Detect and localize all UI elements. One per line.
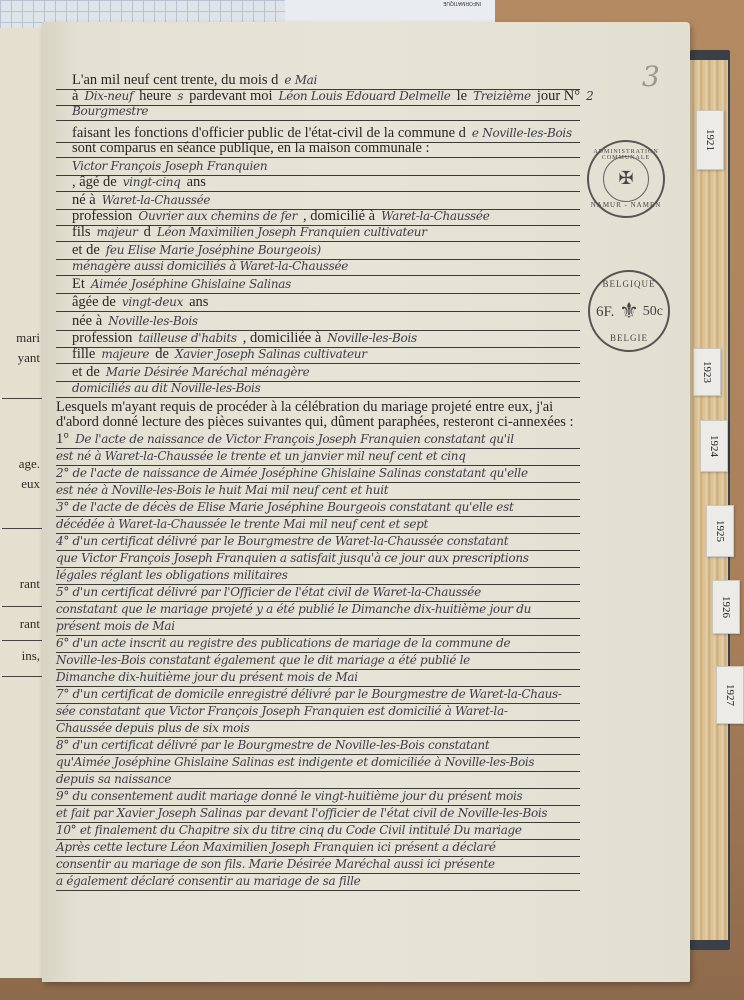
handwritten-entry: Léon Maximilien Joseph Franquien cultiva… bbox=[157, 225, 427, 239]
handwritten-entry: Aimée Joséphine Ghislaine Salinas bbox=[91, 277, 291, 291]
printed-form-text: pardevant moi bbox=[189, 88, 272, 104]
record-line: 10° et finalement du Chapitre six du tit… bbox=[56, 822, 690, 839]
left-rule bbox=[2, 528, 42, 529]
year-tab-1924[interactable]: 1924 bbox=[700, 420, 728, 472]
handwritten-entry: s bbox=[177, 89, 183, 103]
handwritten-entry: présent mois de Mai bbox=[56, 619, 175, 633]
handwritten-entry: 7° d'un certificat de domicile enregistr… bbox=[56, 687, 562, 701]
record-line: consentir au mariage de son fils. Marie … bbox=[56, 856, 690, 873]
printed-form-text: faisant les fonctions d'officier public … bbox=[72, 125, 466, 141]
record-line: 5° d'un certificat délivré par l'Officie… bbox=[56, 584, 690, 601]
printed-form-text: jour N° bbox=[537, 88, 580, 104]
record-line: Noville-les-Bois constatant également qu… bbox=[56, 652, 690, 669]
handwritten-entry: Chaussée depuis plus de six mois bbox=[56, 721, 250, 735]
record-line: , âgé devingt-cinqans bbox=[72, 174, 690, 191]
handwritten-entry: consentir au mariage de son fils. Marie … bbox=[56, 857, 495, 871]
printed-form-text: 1° bbox=[56, 431, 69, 447]
printed-form-text: fils bbox=[72, 224, 91, 240]
handwritten-entry: Victor François Joseph Franquien bbox=[72, 159, 267, 173]
record-line: 9° du consentement audit mariage donné l… bbox=[56, 788, 690, 805]
handwritten-entry: constatant que le mariage projeté y a ét… bbox=[56, 602, 531, 616]
handwritten-entry: 5° d'un certificat délivré par l'Officie… bbox=[56, 585, 481, 599]
handwritten-entry: majeure bbox=[101, 347, 149, 361]
record-line: présent mois de Mai bbox=[56, 618, 690, 635]
year-tab-label: 1927 bbox=[724, 684, 736, 706]
record-line: sée constatant que Victor François Josep… bbox=[56, 703, 690, 720]
handwritten-entry: Noville-les-Bois constatant également qu… bbox=[56, 653, 470, 667]
record-line: L'an mil neuf cent trente, du mois de Ma… bbox=[72, 72, 690, 89]
year-tab-1927[interactable]: 1927 bbox=[716, 666, 744, 724]
handwritten-entry: Dix-neuf bbox=[84, 89, 133, 103]
record-line: 7° d'un certificat de domicile enregistr… bbox=[56, 686, 690, 703]
record-line: décédée à Waret-la-Chaussée le trente Ma… bbox=[56, 516, 690, 533]
year-tab-1921[interactable]: 1921 bbox=[696, 110, 724, 170]
handwritten-entry: est né à Waret-la-Chaussée le trente et … bbox=[56, 449, 466, 463]
handwritten-entry: qu'Aimée Joséphine Ghislaine Salinas est… bbox=[56, 755, 534, 769]
handwritten-entry: 3° de l'acte de décès de Elise Marie Jos… bbox=[56, 500, 513, 514]
handwritten-entry: 10° et finalement du Chapitre six du tit… bbox=[56, 823, 522, 837]
handwritten-entry: que Victor François Joseph Franquien a s… bbox=[56, 551, 529, 565]
handwritten-entry: Léon Louis Edouard Delmelle bbox=[279, 89, 451, 103]
handwritten-entry: e Mai bbox=[284, 73, 317, 87]
form-rule bbox=[56, 890, 580, 891]
record-line: né àWaret-la-Chaussée bbox=[72, 192, 690, 209]
handwritten-entry: depuis sa naissance bbox=[56, 772, 171, 786]
printed-form-text: profession bbox=[72, 330, 132, 346]
printed-form-text: fille bbox=[72, 346, 95, 362]
record-line: fillemajeuredeXavier Joseph Salinas cult… bbox=[72, 346, 690, 363]
year-tab-1926[interactable]: 1926 bbox=[712, 580, 740, 634]
left-fragment: age. bbox=[19, 456, 40, 472]
printed-form-text: né à bbox=[72, 192, 96, 208]
left-rule bbox=[2, 398, 42, 399]
printed-form-text: L'an mil neuf cent trente, du mois d bbox=[72, 72, 278, 88]
left-fragment: rant bbox=[20, 576, 40, 592]
record-line: constatant que le mariage projeté y a ét… bbox=[56, 601, 690, 618]
record-line: née àNoville-les-Bois bbox=[72, 313, 690, 330]
handwritten-entry: Xavier Joseph Salinas cultivateur bbox=[175, 347, 367, 361]
record-line: a également déclaré consentir au mariage… bbox=[56, 873, 690, 890]
handwritten-entry: De l'acte de naissance de Victor Françoi… bbox=[75, 432, 514, 446]
record-line: et defeu Elise Marie Joséphine Bourgeois… bbox=[72, 242, 690, 259]
handwritten-entry: e Noville-les-Bois bbox=[472, 126, 572, 140]
left-page: mari yant age. eux rant rant ins, bbox=[0, 28, 45, 978]
printed-form-text: d'abord donné lecture des pièces suivant… bbox=[56, 414, 574, 430]
form-rule bbox=[56, 120, 580, 121]
left-fragment: mari bbox=[16, 330, 40, 346]
printed-form-text: et de bbox=[72, 242, 100, 258]
record-line: filsmajeurdLéon Maximilien Joseph Franqu… bbox=[72, 224, 690, 241]
record-line: EtAimée Joséphine Ghislaine Salinas bbox=[72, 276, 690, 293]
record-line: depuis sa naissance bbox=[56, 771, 690, 788]
printed-form-text: d bbox=[144, 224, 151, 240]
handwritten-entry: Noville-les-Bois bbox=[327, 331, 417, 345]
handwritten-entry: sée constatant que Victor François Josep… bbox=[56, 704, 508, 718]
handwritten-entry: décédée à Waret-la-Chaussée le trente Ma… bbox=[56, 517, 428, 531]
left-fragment: rant bbox=[20, 616, 40, 632]
record-line: Bourgmestre bbox=[72, 103, 690, 120]
record-line: légales réglant les obligations militair… bbox=[56, 567, 690, 584]
record-line: Chaussée depuis plus de six mois bbox=[56, 720, 690, 737]
left-fragment: eux bbox=[21, 476, 40, 492]
record-line: et deMarie Désirée Maréchal ménagère bbox=[72, 364, 690, 381]
printed-form-text: âgée de bbox=[72, 294, 116, 310]
handwritten-entry: 2° de l'acte de naissance de Aimée Josép… bbox=[56, 466, 528, 480]
handwritten-entry: vingt-cinq bbox=[123, 175, 181, 189]
record-line: âgée devingt-deuxans bbox=[72, 294, 690, 311]
record-line: domiciliés au dit Noville-les-Bois bbox=[72, 380, 690, 397]
year-tab-label: 1926 bbox=[720, 596, 732, 618]
handwritten-entry: Ouvrier aux chemins de fer bbox=[138, 209, 297, 223]
handwritten-entry: Noville-les-Bois bbox=[108, 314, 198, 328]
year-tab-1923[interactable]: 1923 bbox=[693, 348, 721, 396]
printed-form-text: née à bbox=[72, 313, 102, 329]
handwritten-entry: Bourgmestre bbox=[72, 104, 148, 118]
record-line: est née à Noville-les-Bois le huit Mai m… bbox=[56, 482, 690, 499]
printed-form-text: Et bbox=[72, 276, 85, 292]
handwritten-entry: et fait par Xavier Joseph Salinas par de… bbox=[56, 806, 547, 820]
record-line: 6° d'un acte inscrit au registre des pub… bbox=[56, 635, 690, 652]
handwritten-entry: 4° d'un certificat délivré par le Bourgm… bbox=[56, 534, 508, 548]
handwritten-entry: légales réglant les obligations militair… bbox=[56, 568, 288, 582]
printed-form-text: , domiciliée à bbox=[243, 330, 322, 346]
handwritten-entry: 8° d'un certificat délivré par le Bourgm… bbox=[56, 738, 489, 752]
handwritten-entry: domiciliés au dit Noville-les-Bois bbox=[72, 381, 260, 395]
record-line: sont comparus en séance publique, en la … bbox=[72, 140, 690, 157]
form-rule bbox=[56, 397, 580, 398]
record-line: qu'Aimée Joséphine Ghislaine Salinas est… bbox=[56, 754, 690, 771]
left-fragment: yant bbox=[18, 350, 40, 366]
printed-form-text: heure bbox=[139, 88, 171, 104]
form-rule bbox=[56, 311, 580, 312]
handwritten-entry: Marie Désirée Maréchal ménagère bbox=[106, 365, 310, 379]
printed-form-text: profession bbox=[72, 208, 132, 224]
printed-form-text: sont comparus en séance publique, en la … bbox=[72, 140, 430, 156]
handwritten-entry: tailleuse d'habits bbox=[138, 331, 236, 345]
record-line: et fait par Xavier Joseph Salinas par de… bbox=[56, 805, 690, 822]
record-line: Victor François Joseph Franquien bbox=[72, 158, 690, 175]
handwritten-entry: Waret-la-Chaussée bbox=[381, 209, 489, 223]
printed-form-text: , domicilié à bbox=[303, 208, 375, 224]
handwritten-entry: feu Elise Marie Joséphine Bourgeois) bbox=[106, 243, 321, 257]
printed-form-text: Lesquels m'ayant requis de procéder à la… bbox=[56, 399, 553, 415]
year-tab-label: 1924 bbox=[708, 435, 720, 457]
record-line: professionOuvrier aux chemins de fer, do… bbox=[72, 208, 690, 225]
year-tab-label: 1925 bbox=[714, 520, 726, 542]
left-rule bbox=[2, 676, 42, 677]
printed-form-text: ans bbox=[189, 294, 208, 310]
record-line: 8° d'un certificat délivré par le Bourgm… bbox=[56, 737, 690, 754]
year-tab-1925[interactable]: 1925 bbox=[706, 505, 734, 557]
handwritten-entry: Dimanche dix-huitième jour du présent mo… bbox=[56, 670, 358, 684]
handwritten-entry: est née à Noville-les-Bois le huit Mai m… bbox=[56, 483, 388, 497]
record-line: d'abord donné lecture des pièces suivant… bbox=[56, 414, 690, 431]
printed-form-text: , âgé de bbox=[72, 174, 117, 190]
year-tab-label: 1923 bbox=[701, 361, 713, 383]
sheet-label: INFORMATIQUE bbox=[443, 0, 481, 6]
record-line: 4° d'un certificat délivré par le Bourgm… bbox=[56, 533, 690, 550]
left-rule bbox=[2, 606, 42, 607]
handwritten-entry: ménagère aussi domiciliés à Waret-la-Cha… bbox=[72, 259, 348, 273]
printed-form-text: à bbox=[72, 88, 78, 104]
handwritten-entry: Treizième bbox=[473, 89, 531, 103]
handwritten-entry: majeur bbox=[97, 225, 138, 239]
left-rule bbox=[2, 640, 42, 641]
record-line: Après cette lecture Léon Maximilien Jose… bbox=[56, 839, 690, 856]
printed-form-text: et de bbox=[72, 364, 100, 380]
record-line: 2° de l'acte de naissance de Aimée Josép… bbox=[56, 465, 690, 482]
printed-form-text: de bbox=[155, 346, 169, 362]
handwritten-entry: 9° du consentement audit mariage donné l… bbox=[56, 789, 522, 803]
record-line: 1°De l'acte de naissance de Victor Franç… bbox=[56, 431, 690, 448]
handwritten-entry: vingt-deux bbox=[122, 295, 183, 309]
record-line: Dimanche dix-huitième jour du présent mo… bbox=[56, 669, 690, 686]
handwritten-entry: 6° d'un acte inscrit au registre des pub… bbox=[56, 636, 510, 650]
record-line: est né à Waret-la-Chaussée le trente et … bbox=[56, 448, 690, 465]
left-fragment: ins, bbox=[22, 648, 40, 664]
register-page: 3 ADMINISTRATION COMMUNALE ✠ NAMUR - NAM… bbox=[42, 22, 690, 982]
printed-form-text: ans bbox=[187, 174, 206, 190]
handwritten-entry: Après cette lecture Léon Maximilien Jose… bbox=[56, 840, 496, 854]
year-tab-label: 1921 bbox=[704, 129, 716, 151]
handwritten-entry: a également déclaré consentir au mariage… bbox=[56, 874, 360, 888]
record-line: 3° de l'acte de décès de Elise Marie Jos… bbox=[56, 499, 690, 516]
printed-form-text: le bbox=[457, 88, 467, 104]
record-line: que Victor François Joseph Franquien a s… bbox=[56, 550, 690, 567]
record-line: professiontailleuse d'habits, domiciliée… bbox=[72, 330, 690, 347]
handwritten-entry: Waret-la-Chaussée bbox=[102, 193, 210, 207]
handwritten-entry: 2 bbox=[586, 89, 593, 103]
record-line: ménagère aussi domiciliés à Waret-la-Cha… bbox=[72, 258, 690, 275]
